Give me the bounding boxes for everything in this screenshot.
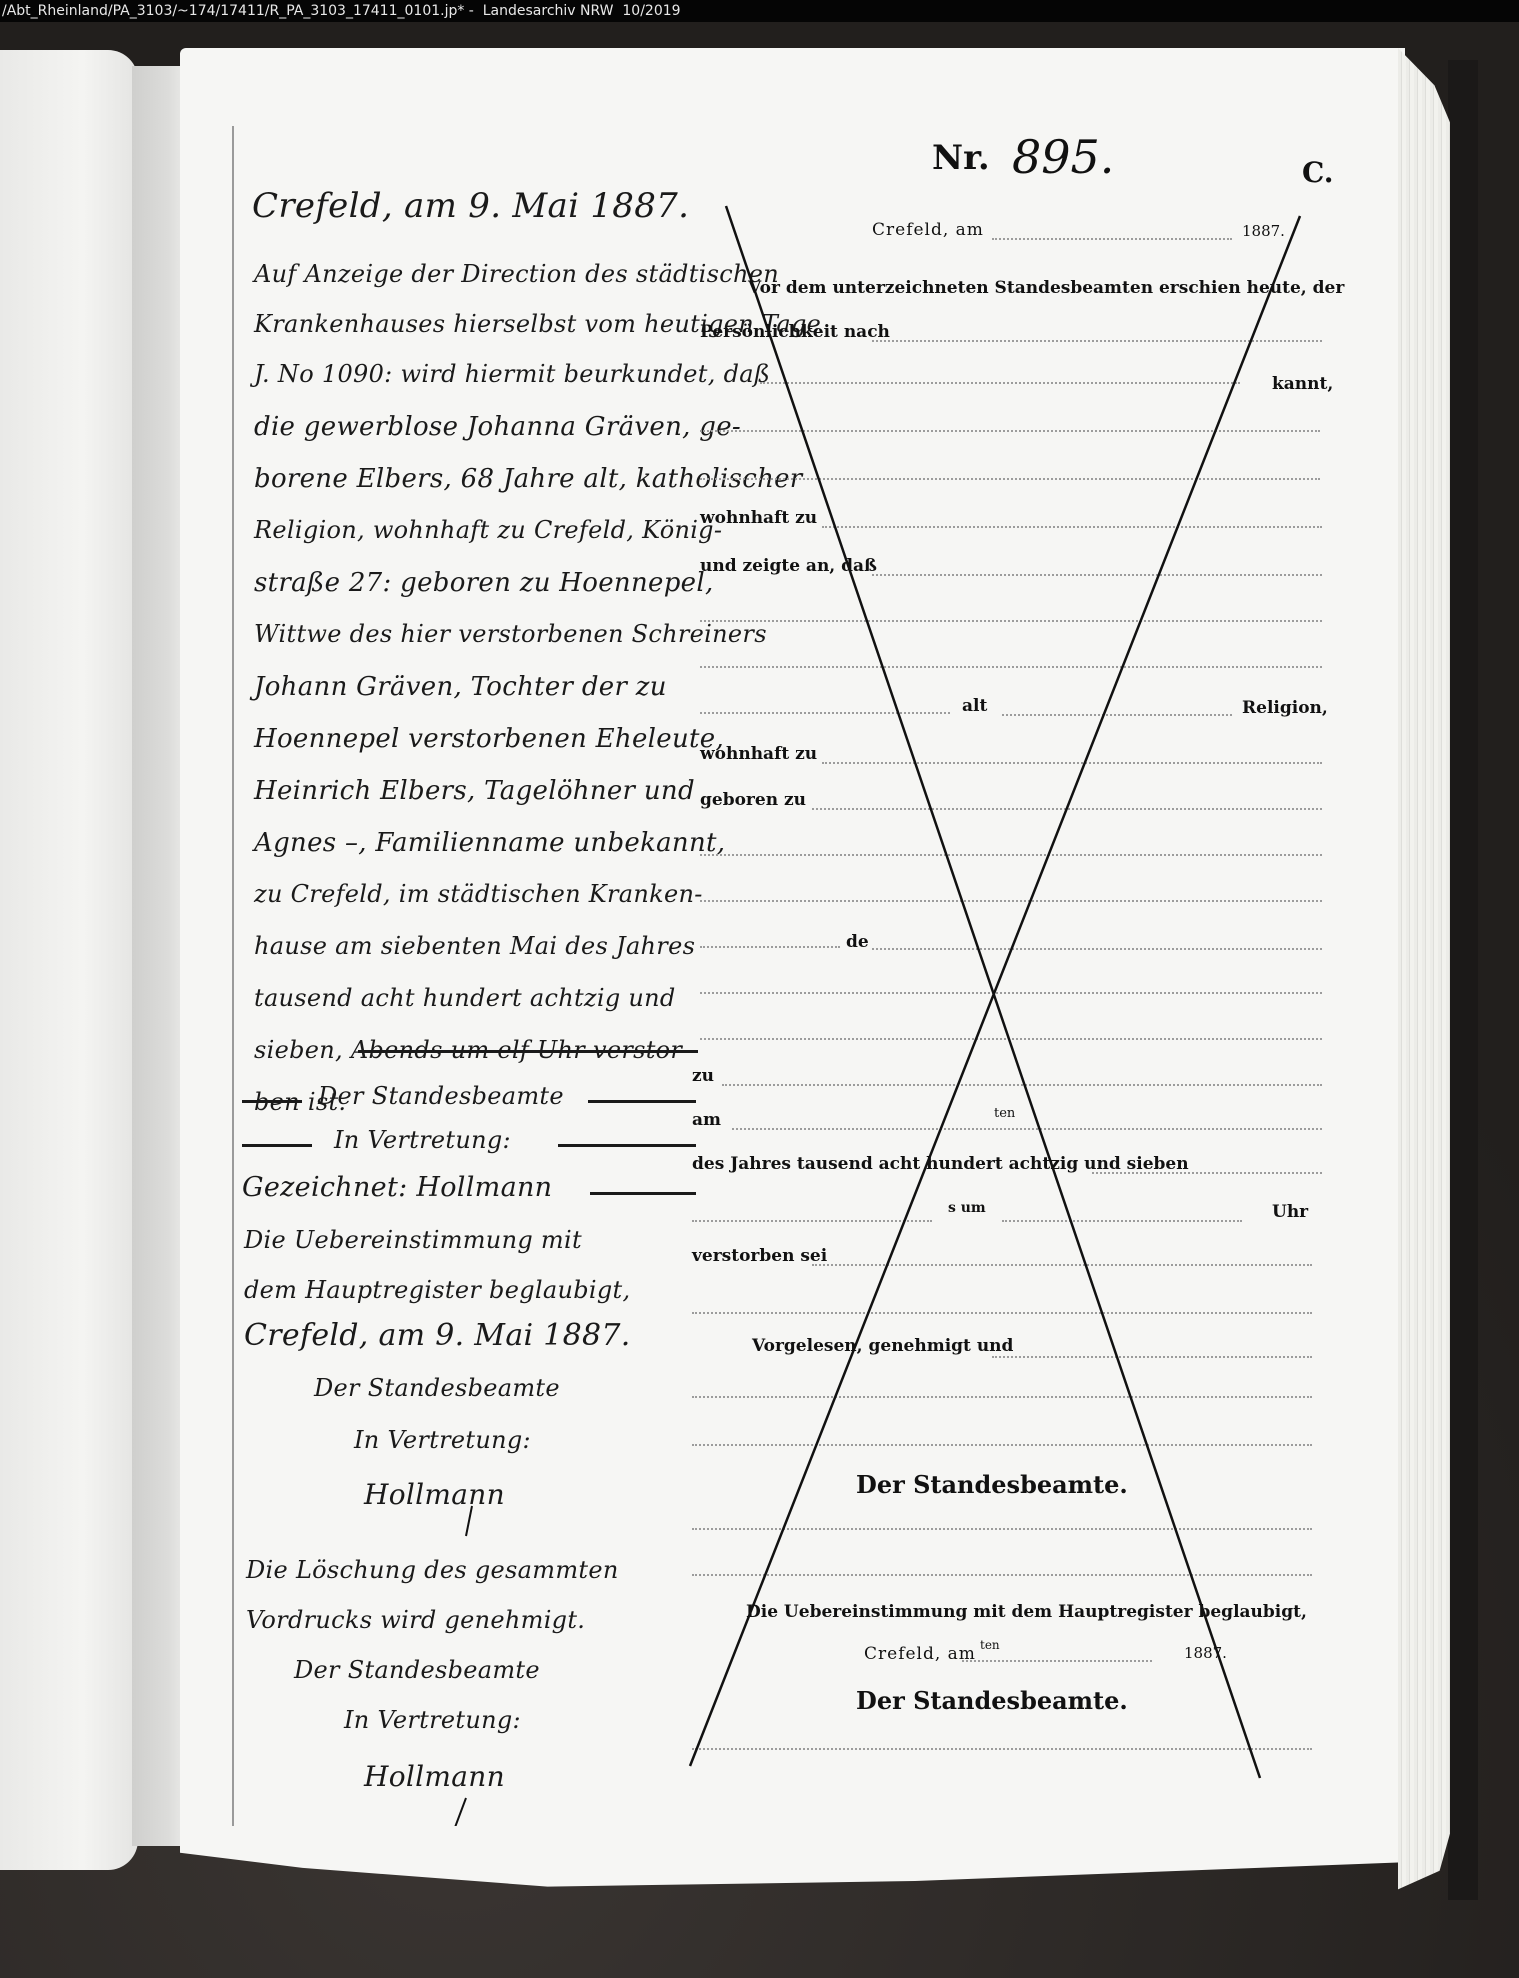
- margin-stroke: [454, 1798, 466, 1826]
- register-entry: Crefeld, am 9. Mai 1887. Auf Anzeige der…: [232, 126, 1352, 1826]
- left-page: [0, 50, 138, 1870]
- margin-stroke: [466, 1506, 472, 1536]
- page-edges: [1398, 48, 1450, 1908]
- window-title-bar: /Abt_Rheinland/PA_3103/~174/17411/R_PA_3…: [0, 0, 1519, 22]
- cancellation-cross: [232, 126, 1352, 1826]
- book-edge-shadow: [1448, 60, 1478, 1900]
